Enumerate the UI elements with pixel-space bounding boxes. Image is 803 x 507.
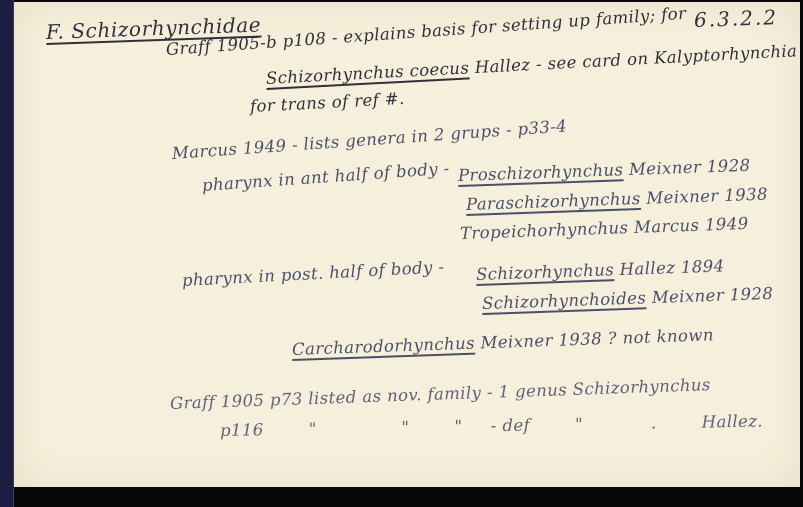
genus-schizorhynchoides: Schizorhynchoides Meixner 1928 [482, 284, 774, 313]
genus-note: Meixner 1938 ? not known [475, 325, 715, 352]
scan-left-margin [0, 0, 14, 507]
trans-ref-note: for trans of ref #. [250, 89, 406, 116]
genus-name: Carcharodorhynchus [292, 334, 476, 359]
graff-p73-note: Graff 1905 p73 listed as nov. family - 1… [170, 375, 711, 413]
genus-author: Hallez 1894 [614, 256, 725, 279]
genus-schizorhynchus: Schizorhynchus Hallez 1894 [476, 256, 725, 284]
genus-name: Proschizorhynchus [458, 160, 624, 185]
type-species-note: Schizorhynchus coecus Hallez - see card … [266, 41, 798, 88]
genus-paraschizorhynchus: Paraschizorhynchus Meixner 1938 [466, 184, 768, 214]
genus-name: Paraschizorhynchus [466, 189, 641, 214]
graff-p116-note: p116 " " " - def " . Hallez. [220, 412, 763, 440]
type-species-name: Schizorhynchus coecus [266, 58, 470, 88]
genus-carcharodorhynchus: Carcharodorhynchus Meixner 1938 ? not kn… [292, 325, 714, 359]
card-index-number: 6.3.2.2 [694, 5, 779, 32]
genus-name: Schizorhynchoides [482, 288, 647, 313]
scanned-page: F. Schizorhynchidae 6.3.2.2 Graff 1905-b… [0, 0, 803, 507]
genus-proschizorhynchus: Proschizorhynchus Meixner 1928 [458, 156, 751, 185]
genus-author: Meixner 1928 [623, 156, 751, 179]
genus-author: Meixner 1938 [640, 184, 768, 207]
genus-tropeichorhynchus: Tropeichorhynchus Marcus 1949 [460, 214, 749, 243]
index-card: F. Schizorhynchidae 6.3.2.2 Graff 1905-b… [14, 2, 800, 487]
group1-label: pharynx in ant half of body - [201, 159, 450, 195]
group2-label: pharynx in post. half of body - [182, 257, 445, 290]
genus-name: Schizorhynchus [476, 260, 615, 284]
type-species-rest: Hallez - see card on Kalyptorhynchia [469, 41, 798, 77]
genus-author: Meixner 1928 [646, 284, 774, 307]
marcus-1949-note: Marcus 1949 - lists genera in 2 grups - … [171, 116, 567, 163]
genus-author: Tropeichorhynchus Marcus 1949 [460, 214, 749, 243]
